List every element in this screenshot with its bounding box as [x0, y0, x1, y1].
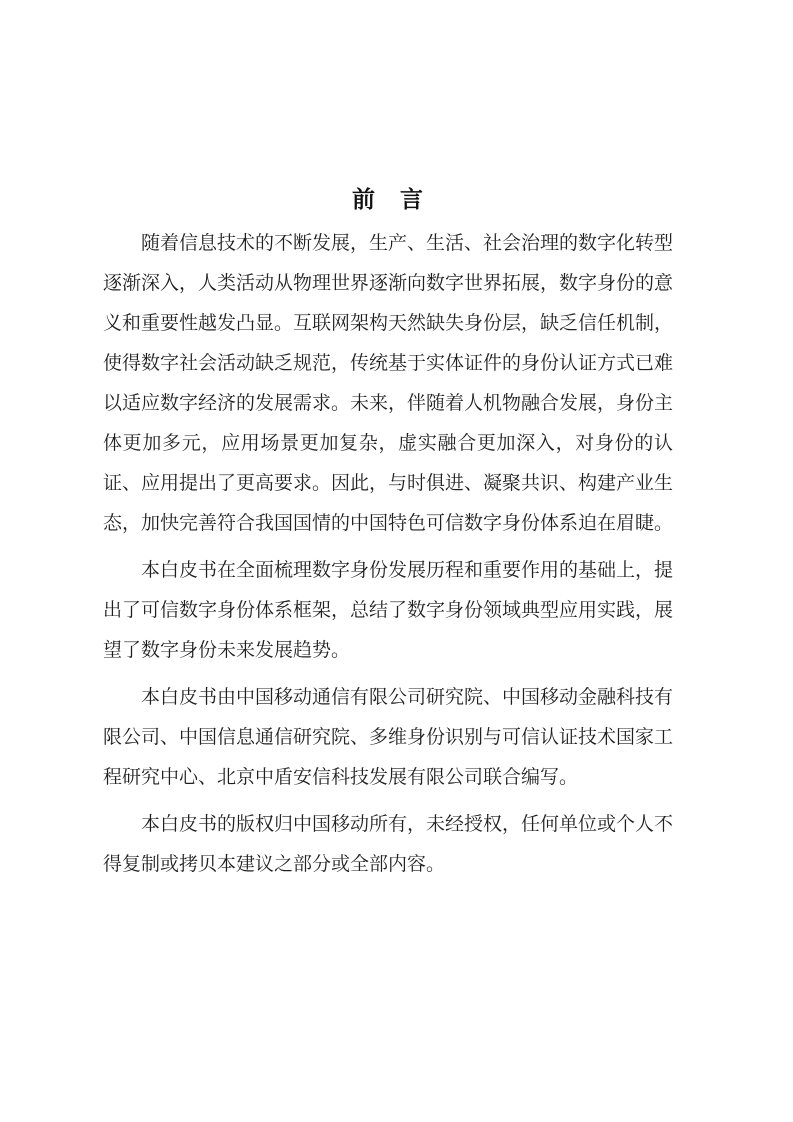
paragraph-authors: 本白皮书由中国移动通信有限公司研究院、中国移动金融科技有限公司、中国信息通信研究…	[103, 678, 673, 798]
document-page: 前 言 随着信息技术的不断发展，生产、生活、社会治理的数字化转型逐渐深入，人类活…	[0, 0, 793, 1122]
preface-content: 前 言 随着信息技术的不断发展，生产、生活、社会治理的数字化转型逐渐深入，人类活…	[103, 184, 673, 892]
paragraph-copyright: 本白皮书的版权归中国移动所有，未经授权，任何单位或个人不得复制或拷贝本建议之部分…	[103, 805, 673, 885]
page-title: 前 言	[103, 184, 673, 214]
paragraph-intro: 随着信息技术的不断发展，生产、生活、社会治理的数字化转型逐渐深入，人类活动从物理…	[103, 224, 673, 544]
paragraph-scope: 本白皮书在全面梳理数字身份发展历程和重要作用的基础上，提出了可信数字身份体系框架…	[103, 551, 673, 671]
